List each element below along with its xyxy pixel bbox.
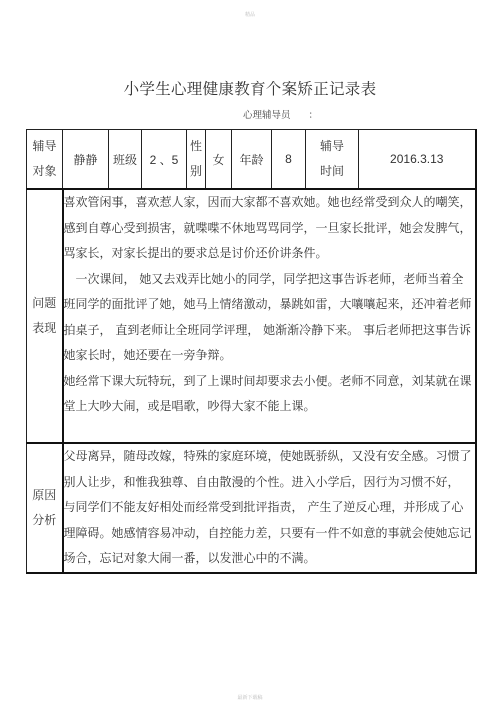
cause-content: 父母离异，随母改嫁，特殊的家庭环境，使她既骄纵，又没有安全感。习惯了别人让步，和… [63, 443, 476, 573]
cause-paragraph: 父母离异，随母改嫁，特殊的家庭环境，使她既骄纵，又没有安全感。习惯了别人让步，和… [64, 444, 475, 572]
subject-value: 静静 [63, 130, 109, 190]
record-table: 辅导 对象 静静 班级 2 、5 性 别 女 年龄 8 辅导 时间 2016.3… [26, 129, 477, 574]
class-label: 班级 [109, 130, 142, 190]
time-label-2: 时间 [306, 159, 358, 184]
age-label: 年龄 [232, 130, 272, 190]
subject-label-2: 对象 [27, 159, 62, 184]
gender-label-2: 别 [187, 159, 205, 184]
footer-watermark: 最新下载稿 [0, 694, 500, 701]
cause-row: 原因 分析 父母离异，随母改嫁，特殊的家庭环境，使她既骄纵，又没有安全感。习惯了… [27, 443, 476, 573]
problem-paragraph: 喜欢管闲事，喜欢惹人家，因而大家都不喜欢她。她也经常受到众人的嘲笑，感到自尊心受… [64, 190, 475, 267]
class-value: 2 、5 [142, 130, 187, 190]
problem-label-cell: 问题 表现 [27, 189, 63, 443]
subject-label-cell: 辅导 对象 [27, 130, 63, 190]
cause-label-cell: 原因 分析 [27, 443, 63, 573]
counselor-label: 心理辅导员 [243, 110, 291, 121]
time-label-cell: 辅导 时间 [306, 130, 359, 190]
problem-paragraph: 一次课间， 她又去戏弄比她小的同学，同学把这事告诉老师，老师当着全班同学的面批评… [64, 267, 475, 369]
counselor-colon: ： [309, 110, 319, 121]
problem-label-2: 表现 [27, 316, 62, 341]
problem-label-1: 问题 [27, 291, 62, 316]
info-row: 辅导 对象 静静 班级 2 、5 性 别 女 年龄 8 辅导 时间 2016.3… [27, 130, 476, 190]
time-value: 2016.3.13 [359, 130, 476, 190]
problem-row: 问题 表现 喜欢管闲事，喜欢惹人家，因而大家都不喜欢她。她也经常受到众人的嘲笑，… [27, 189, 476, 443]
gender-value: 女 [206, 130, 232, 190]
gender-label-cell: 性 别 [187, 130, 206, 190]
page-title: 小学生心理健康教育个案矫正记录表 [0, 77, 500, 99]
gender-label-1: 性 [187, 134, 205, 159]
counselor-line: 心理辅导员： [243, 107, 318, 121]
subject-label-1: 辅导 [27, 134, 62, 159]
age-value: 8 [272, 130, 306, 190]
problem-content: 喜欢管闲事，喜欢惹人家，因而大家都不喜欢她。她也经常受到众人的嘲笑，感到自尊心受… [63, 189, 476, 443]
time-label-1: 辅导 [306, 134, 358, 159]
cause-label-1: 原因 [27, 483, 62, 508]
cause-label-2: 分析 [27, 508, 62, 533]
header-watermark: 精品 [0, 11, 500, 18]
problem-paragraph: 她经常下课大玩特玩，到了上课时间却要求去小便。老师不同意，刘某就在课堂上大吵大闹… [64, 369, 475, 420]
